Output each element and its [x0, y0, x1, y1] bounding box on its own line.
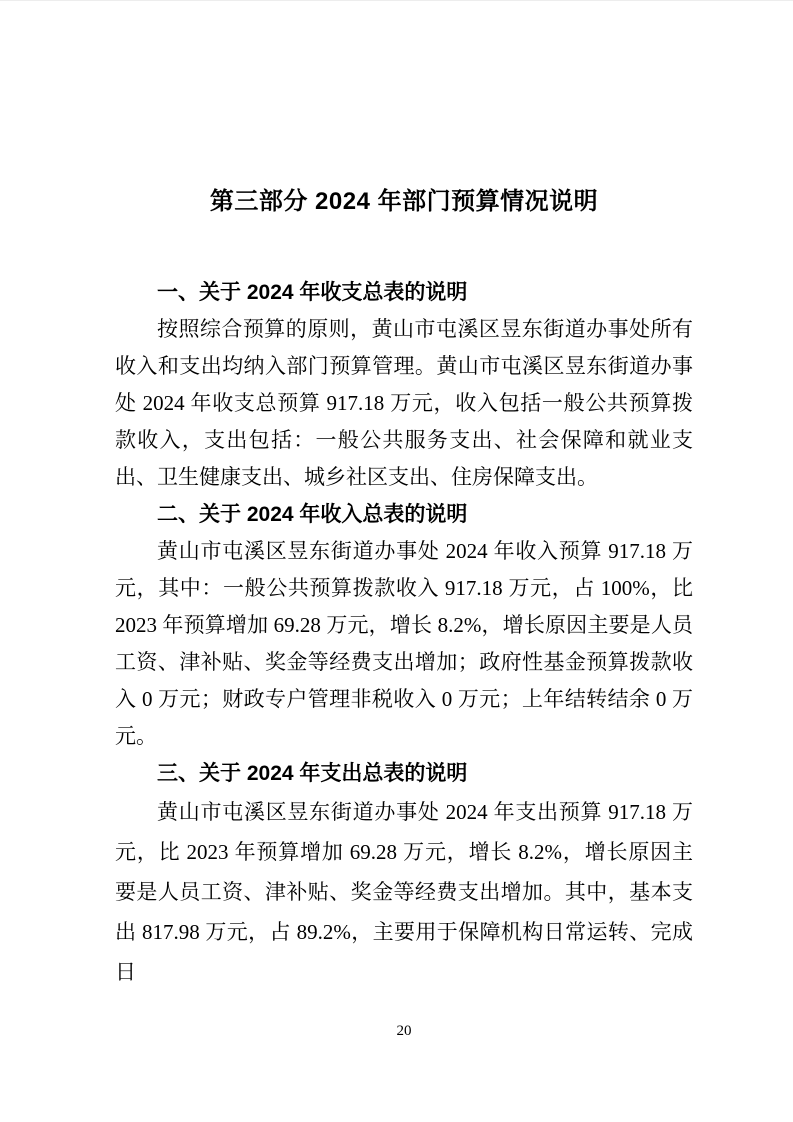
section-heading-3: 三、关于 2024 年支出总表的说明 — [115, 755, 693, 792]
section-heading-1: 一、关于 2024 年收支总表的说明 — [115, 274, 693, 311]
section-expense-summary: 三、关于 2024 年支出总表的说明 黄山市屯溪区昱东街道办事处 2024 年支… — [115, 755, 693, 992]
document-page: 第三部分 2024 年部门预算情况说明 一、关于 2024 年收支总表的说明 按… — [0, 0, 793, 1122]
section-paragraph-3: 黄山市屯溪区昱东街道办事处 2024 年支出预算 917.18 万元，比 202… — [115, 792, 693, 992]
section-income-expense-summary: 一、关于 2024 年收支总表的说明 按照综合预算的原则，黄山市屯溪区昱东街道办… — [115, 274, 693, 496]
section-heading-2: 二、关于 2024 年收入总表的说明 — [115, 496, 693, 533]
page-number: 20 — [115, 1023, 693, 1040]
page-title: 第三部分 2024 年部门预算情况说明 — [115, 187, 693, 217]
document-content: 第三部分 2024 年部门预算情况说明 一、关于 2024 年收支总表的说明 按… — [115, 187, 693, 992]
section-paragraph-1: 按照综合预算的原则，黄山市屯溪区昱东街道办事处所有收入和支出均纳入部门预算管理。… — [115, 311, 693, 496]
section-paragraph-2: 黄山市屯溪区昱东街道办事处 2024 年收入预算 917.18 万元，其中：一般… — [115, 533, 693, 755]
section-income-summary: 二、关于 2024 年收入总表的说明 黄山市屯溪区昱东街道办事处 2024 年收… — [115, 496, 693, 755]
